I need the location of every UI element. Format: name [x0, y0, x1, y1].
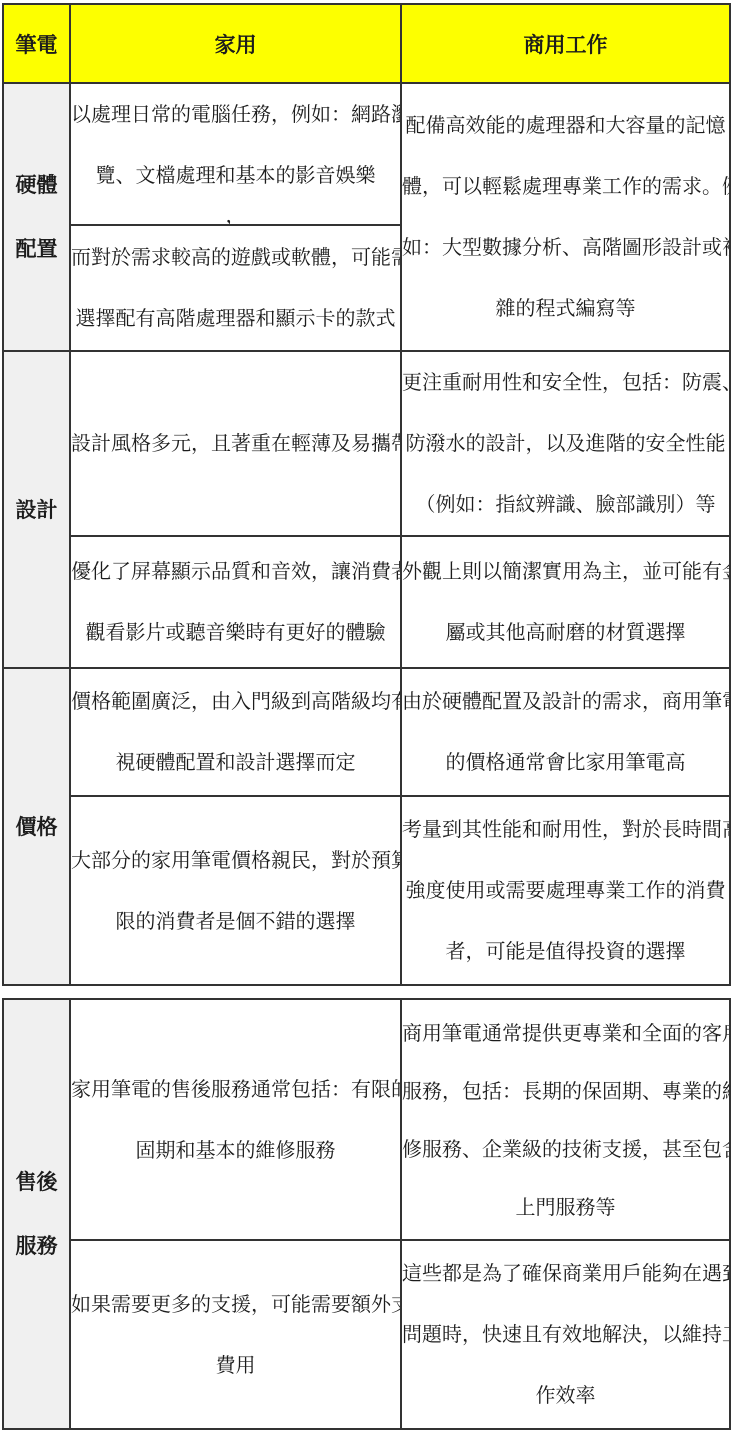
row-hardware-top: 硬體 配置 以處理日常的電腦任務，例如：網路瀏 覽、文檔處理和基本的影音娛樂 ，… [3, 83, 730, 225]
stray-comma: ， [71, 206, 400, 224]
row-label-price: 價格 [3, 668, 70, 985]
cell-service-business-2: 這些都是為了確保商業用戶能夠在遇到 問題時，快速且有效地解決，以維持工 作效率 [401, 1240, 730, 1429]
header-business: 商用工作 [401, 4, 730, 83]
row-design-bottom: 優化了屏幕顯示品質和音效，讓消費者在 觀看影片或聽音樂時有更好的體驗 外觀上則以… [3, 536, 730, 668]
cell-price-business-2: 考量到其性能和耐用性，對於長時間高 強度使用或需要處理專業工作的消費 者，可能是… [401, 796, 730, 985]
row-price-top: 價格 價格範圍廣泛，由入門級到高階級均有， 視硬體配置和設計選擇而定 由於硬體配… [3, 668, 730, 796]
cell-hardware-home-2: 而對於需求較高的遊戲或軟體，可能需要 選擇配有高階處理器和顯示卡的款式 [70, 225, 401, 351]
laptop-comparison-table-upper: 筆電 家用 商用工作 硬體 配置 以處理日常的電腦任務，例如：網路瀏 覽、文檔處… [2, 3, 731, 986]
cell-design-home-2: 優化了屏幕顯示品質和音效，讓消費者在 觀看影片或聽音樂時有更好的體驗 [70, 536, 401, 668]
table-gap [2, 986, 731, 998]
cell-price-home-1: 價格範圍廣泛，由入門級到高階級均有， 視硬體配置和設計選擇而定 [70, 668, 401, 796]
row-label-design: 設計 [3, 351, 70, 668]
row-label-hardware: 硬體 配置 [3, 83, 70, 351]
cell-service-home-1: 家用筆電的售後服務通常包括：有限的保 固期和基本的維修服務 [70, 999, 401, 1240]
row-price-bottom: 大部分的家用筆電價格親民，對於預算有 限的消費者是個不錯的選擇 考量到其性能和耐… [3, 796, 730, 985]
laptop-comparison-table-service: 售後 服務 家用筆電的售後服務通常包括：有限的保 固期和基本的維修服務 商用筆電… [2, 998, 731, 1430]
row-service-bottom: 如果需要更多的支援，可能需要額外支付 費用 這些都是為了確保商業用戶能夠在遇到 … [3, 1240, 730, 1429]
cell-hardware-business: 配備高效能的處理器和大容量的記憶 體，可以輕鬆處理專業工作的需求。例 如：大型數… [401, 83, 730, 351]
cell-service-business-1: 商用筆電通常提供更專業和全面的客戶 服務，包括：長期的保固期、專業的維 修服務、… [401, 999, 730, 1240]
row-label-service: 售後 服務 [3, 999, 70, 1429]
row-design-top: 設計 設計風格多元，且著重在輕薄及易攜帶上 更注重耐用性和安全性，包括：防震、 … [3, 351, 730, 536]
row-service-top: 售後 服務 家用筆電的售後服務通常包括：有限的保 固期和基本的維修服務 商用筆電… [3, 999, 730, 1240]
cell-price-business-1: 由於硬體配置及設計的需求，商用筆電 的價格通常會比家用筆電高 [401, 668, 730, 796]
cell-design-business-2: 外觀上則以簡潔實用為主，並可能有金 屬或其他高耐磨的材質選擇 [401, 536, 730, 668]
cell-hardware-home-1: 以處理日常的電腦任務，例如：網路瀏 覽、文檔處理和基本的影音娛樂 ， [70, 83, 401, 225]
cell-service-home-2: 如果需要更多的支援，可能需要額外支付 費用 [70, 1240, 401, 1429]
page: 筆電 家用 商用工作 硬體 配置 以處理日常的電腦任務，例如：網路瀏 覽、文檔處… [0, 0, 731, 1430]
header-laptop: 筆電 [3, 4, 70, 83]
header-home: 家用 [70, 4, 401, 83]
header-row: 筆電 家用 商用工作 [3, 4, 730, 83]
cell-design-business-1: 更注重耐用性和安全性，包括：防震、 防潑水的設計，以及進階的安全性能 （例如：指… [401, 351, 730, 536]
cell-price-home-2: 大部分的家用筆電價格親民，對於預算有 限的消費者是個不錯的選擇 [70, 796, 401, 985]
cell-design-home-1: 設計風格多元，且著重在輕薄及易攜帶上 [70, 351, 401, 536]
